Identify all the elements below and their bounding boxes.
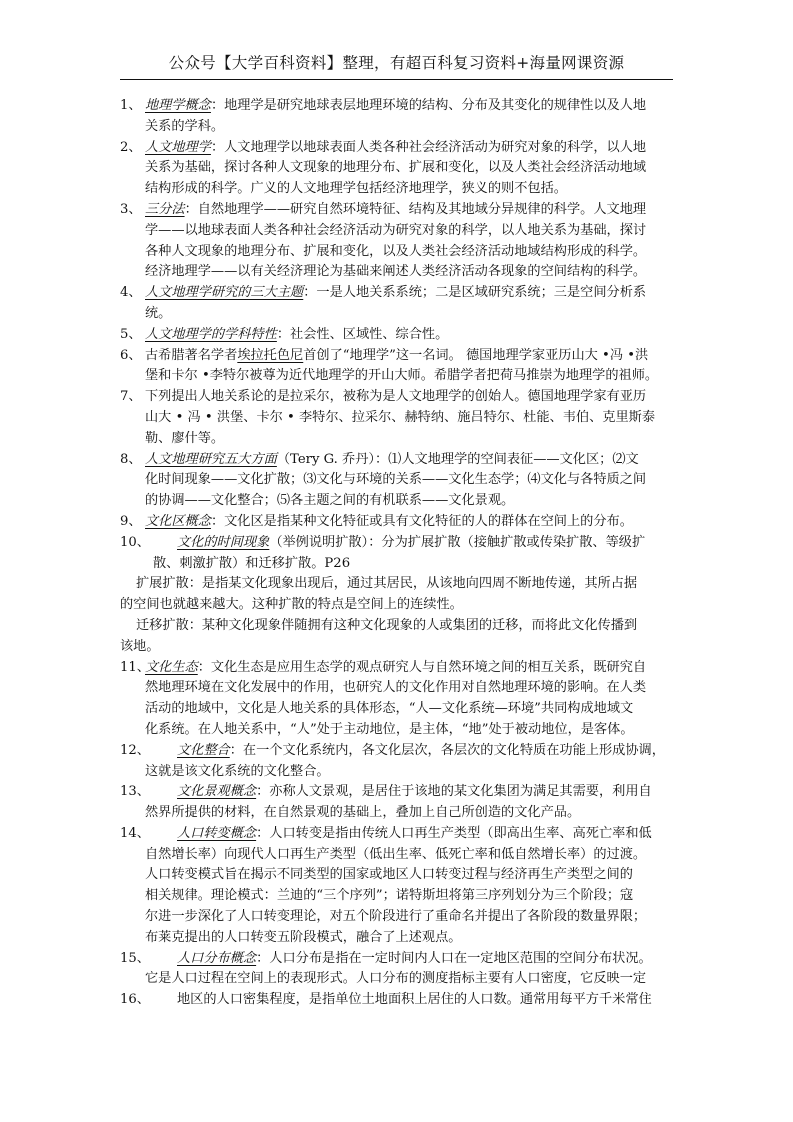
text-line: 关系的学科。 <box>120 117 676 138</box>
item-12: 12、文化整合：在一个文化系统内，各文化层次，各层次的文化特质在功能上形成协调， <box>120 741 676 762</box>
item-10: 10、文化的时间现象（举例说明扩散）：分为扩展扩散（接触扩散或传染扩散、等级扩 <box>120 533 676 554</box>
text-line: 统。 <box>120 304 676 325</box>
item-8: 8、人文地理研究五大方面（Tery G. 乔丹）：⑴人文地理学的空间表征——文化… <box>120 450 676 471</box>
text-line: ：社会性、区域性、综合性。 <box>277 327 448 342</box>
document-body: 1、地理学概念：地理学是研究地球表层地理环境的结构、分布及其变化的规律性以及人地… <box>120 96 676 1011</box>
text-line: 活动的地域中，文化是人地关系的具体形态，“人—文化系统—环境”共同构成地域文 <box>120 699 676 720</box>
text-line: 的协调——文化整合；⑸各主题之间的有机联系——文化景观。 <box>120 491 676 512</box>
text-line: 勒、廖什等。 <box>120 429 676 450</box>
text-line: ：人口转变是指由传统人口再生产类型（即高出生率、高死亡率和低 <box>256 826 652 841</box>
term: 人文地理学 <box>145 140 211 155</box>
term: 地理学概念 <box>145 98 211 113</box>
text-line: ：一是人地关系系统；二是区域研究系统；三是空间分析系 <box>303 285 646 300</box>
text-line: 尔进一步深化了人口转变理论，对五个阶段进行了重命名并提出了各阶段的数量界限； <box>120 907 676 928</box>
text-line: 学——以地球表面人类各种社会经济活动为研究对象的科学，以人地关系为基础，探讨 <box>120 221 676 242</box>
item-number: 13、 <box>120 782 177 803</box>
item-number: 8、 <box>120 450 145 471</box>
paragraph-line: 迁移扩散：某种文化现象伴随拥有这种文化现象的人或集团的迁移，而将此文化传播到 <box>120 616 676 637</box>
text-line: 它是人口过程在空间上的表现形式。人口分布的测度指标主要有人口密度，它反映一定 <box>120 969 676 990</box>
item-number: 6、 <box>120 346 145 367</box>
text-line: ：亦称人文景观，是居住于该地的某文化集团为满足其需要，利用自 <box>256 784 652 799</box>
item-1: 1、地理学概念：地理学是研究地球表层地理环境的结构、分布及其变化的规律性以及人地 <box>120 96 676 117</box>
term: 人口转变概念 <box>177 826 256 841</box>
text-line: 关系为基础，探讨各种人文现象的地理分布、扩展和变化，以及人类社会经济活动地域 <box>120 158 676 179</box>
item-11: 11、文化生态：文化生态是应用生态学的观点研究人与自然环境之间的相互关系，既研究… <box>120 658 676 679</box>
item-number: 3、 <box>120 200 145 221</box>
paragraph-line: 扩展扩散：是指某文化现象出现后，通过其居民，从该地向四周不断地传递，其所占据 <box>120 574 676 595</box>
term: 文化生态 <box>145 660 198 675</box>
item-number: 9、 <box>120 512 145 533</box>
text-line: 经济地理学——以有关经济理论为基础来阐述人类经济活动各现象的空间结构的科学。 <box>120 262 676 283</box>
item-14: 14、人口转变概念：人口转变是指由传统人口再生产类型（即高出生率、高死亡率和低 <box>120 824 676 845</box>
text-line: 相关规律。理论模式：兰迪的“三个序列”；诺特斯坦将第三序列划分为三个阶段；寇 <box>120 886 676 907</box>
text-span: 古希腊著名学者 <box>145 348 237 363</box>
text-line: ：人口分布是指在一定时间内人口在一定地区范围的空间分布状况。 <box>256 951 652 966</box>
text-line: 下列提出人地关系论的是拉采尔，被称为是人文地理学的创始人。德国地理学家有亚历 <box>145 389 646 404</box>
term: 文化区概念 <box>145 514 211 529</box>
text-line: ：文化生态是应用生态学的观点研究人与自然环境之间的相互关系，既研究自 <box>198 660 646 675</box>
text-line: 化系统。在人地关系中，“人”处于主动地位，是主体，“地”处于被动地位，是客体。 <box>120 720 676 741</box>
text-line: 自然增长率）向现代人口再生产类型（低出生率、低死亡率和低自然增长率）的过渡。 <box>120 845 676 866</box>
page-header: 公众号【大学百科资料】整理，有超百科复习资料+海量网课资源 <box>120 52 673 74</box>
item-15: 15、人口分布概念：人口分布是指在一定时间内人口在一定地区范围的空间分布状况。 <box>120 949 676 970</box>
text-line: 人口转变模式旨在揭示不同类型的国家或地区人口转变过程与经济再生产类型之间的 <box>120 865 676 886</box>
text-line: 各种人文现象的地理分布、扩展和变化，以及人类社会经济活动地域结构形成的科学。 <box>120 242 676 263</box>
text-line: 这就是该文化系统的文化整合。 <box>120 762 676 783</box>
text-line: 化时间现象——文化扩散；⑶文化与环境的关系——文化生态学；⑷文化与各特质之间 <box>120 470 676 491</box>
term: 文化整合 <box>177 743 230 758</box>
text-line: （Tery G. 乔丹）：⑴人文地理学的空间表征——文化区；⑵文 <box>277 452 639 467</box>
term: 人文地理学的学科特性 <box>145 327 277 342</box>
item-number: 12、 <box>120 741 177 762</box>
term: 人口分布概念 <box>177 951 256 966</box>
term: 文化的时间现象 <box>177 535 269 550</box>
item-2: 2、人文地理学：人文地理学以地球表面人类各种社会经济活动为研究对象的科学，以人地 <box>120 138 676 159</box>
text-line: ：地理学是研究地球表层地理环境的结构、分布及其变化的规律性以及人地 <box>211 98 646 113</box>
item-16: 16、地区的人口密集程度，是指单位土地面积上居住的人口数。通常用每平方千米常住 <box>120 990 676 1011</box>
text-line: ：人文地理学以地球表面人类各种社会经济活动为研究对象的科学，以人地 <box>211 140 646 155</box>
text-line: ：自然地理学——研究自然环境特征、结构及其地域分异规律的科学。人文地理 <box>185 202 647 217</box>
term: 三分法 <box>145 202 185 217</box>
text-line: ：在一个文化系统内，各文化层次，各层次的文化特质在功能上形成协调， <box>230 743 665 758</box>
item-number: 14、 <box>120 824 177 845</box>
text-line: 山大 • 冯 • 洪堡、卡尔 • 李特尔、拉采尔、赫特纳、施吕特尔、杜能、韦伯、… <box>120 408 676 429</box>
paragraph-line: 的空间也就越来越大。这种扩散的特点是空间上的连续性。 <box>120 595 676 616</box>
item-number: 1、 <box>120 96 145 117</box>
text-line: 布莱克提出的人口转变五阶段模式，融合了上述观点。 <box>120 928 676 949</box>
text-line: （举例说明扩散）：分为扩展扩散（接触扩散或传染扩散、等级扩 <box>269 535 645 550</box>
term: 人文地理研究五大方面 <box>145 452 277 467</box>
item-number: 5、 <box>120 325 145 346</box>
item-13: 13、文化景观概念：亦称人文景观，是居住于该地的某文化集团为满足其需要，利用自 <box>120 782 676 803</box>
item-number: 15、 <box>120 949 177 970</box>
item-number: 2、 <box>120 138 145 159</box>
underlined-name: 埃拉托色尼 <box>237 348 303 363</box>
paragraph-line: 该地。 <box>120 637 676 658</box>
term: 文化景观概念 <box>177 784 256 799</box>
item-number: 7、 <box>120 387 145 408</box>
text-line: 然地理环境在文化发展中的作用，也研究人的文化作用对自然地理环境的影响。在人类 <box>120 678 676 699</box>
item-number: 11、 <box>120 658 145 679</box>
item-number: 10、 <box>120 533 177 554</box>
item-number: 16、 <box>120 990 177 1011</box>
header-rule <box>120 79 673 80</box>
text-line: 首创了“地理学”这一名词。 德国地理学家亚历山大 •冯 •洪 <box>303 348 648 363</box>
item-3: 3、三分法：自然地理学——研究自然环境特征、结构及其地域分异规律的科学。人文地理 <box>120 200 676 221</box>
text-line: 堡和卡尔 •李特尔被尊为近代地理学的开山大师。希腊学者把荷马推崇为地理学的祖师。 <box>120 366 676 387</box>
text-line: 散、刺激扩散）和迁移扩散。P26 <box>120 554 676 575</box>
text-line: 地区的人口密集程度，是指单位土地面积上居住的人口数。通常用每平方千米常住 <box>177 992 652 1007</box>
item-6: 6、古希腊著名学者埃拉托色尼首创了“地理学”这一名词。 德国地理学家亚历山大 •… <box>120 346 676 367</box>
item-9: 9、文化区概念：文化区是指某种文化特征或具有文化特征的人的群体在空间上的分布。 <box>120 512 676 533</box>
item-4: 4、人文地理学研究的三大主题：一是人地关系系统；二是区域研究系统；三是空间分析系 <box>120 283 676 304</box>
term: 人文地理学研究的三大主题 <box>145 285 303 300</box>
text-line: ：文化区是指某种文化特征或具有文化特征的人的群体在空间上的分布。 <box>211 514 633 529</box>
item-number: 4、 <box>120 283 145 304</box>
item-7: 7、下列提出人地关系论的是拉采尔，被称为是人文地理学的创始人。德国地理学家有亚历 <box>120 387 676 408</box>
text-line: 然界所提供的材料，在自然景观的基础上，叠加上自己所创造的文化产品。 <box>120 803 676 824</box>
item-5: 5、人文地理学的学科特性：社会性、区域性、综合性。 <box>120 325 676 346</box>
text-line: 结构形成的科学。广义的人文地理学包括经济地理学，狭义的则不包括。 <box>120 179 676 200</box>
